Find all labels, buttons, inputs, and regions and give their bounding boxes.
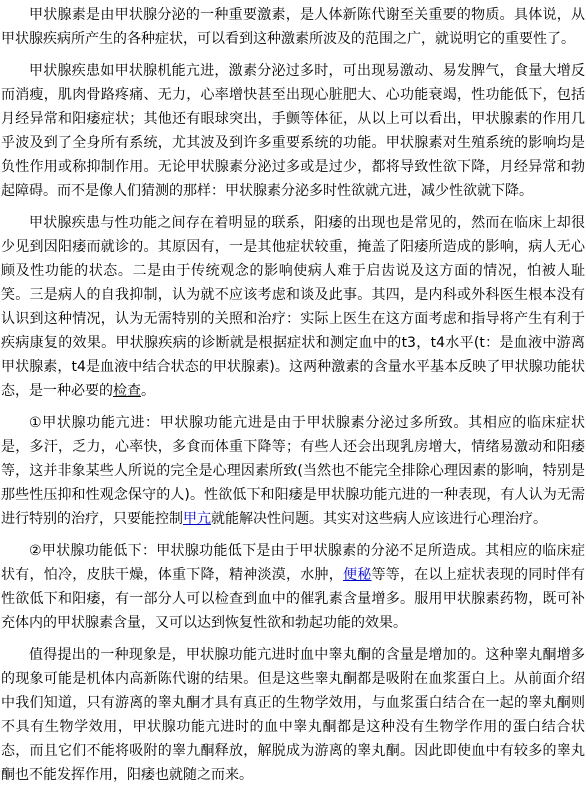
paragraph-text: 甲状腺疾患如甲状腺机能亢进，激素分泌过多时，可出现易激动、易发脾气，食量大增反而… <box>1 63 585 199</box>
checkup-link[interactable]: 检查 <box>113 383 141 399</box>
paragraph: 值得提出的一种现象是，甲状腺功能亢进时血中睾丸酮的含量是增加的。这种睾丸酮增多的… <box>1 643 585 787</box>
paragraph-text: 甲状腺疾患与性功能之间存在着明显的联系，阳痿的出现也是常见的，然而在临床上却很少… <box>1 215 585 399</box>
paragraph: 甲状腺疾患如甲状腺机能亢进，激素分泌过多时，可出现易激动、易发脾气，食量大增反而… <box>1 59 585 203</box>
paragraph-text: 就能解决性问题。其实对这些病人应该进行心理治疗。 <box>211 511 547 527</box>
page: { "page": { "background": "#ffffff", "te… <box>0 0 586 787</box>
paragraph-text: 值得提出的一种现象是，甲状腺功能亢进时血中睾丸酮的含量是增加的。这种睾丸酮增多的… <box>1 647 585 783</box>
paragraph: 甲状腺素是由甲状腺分泌的一种重要激素，是人体新陈代谢至关重要的物质。具体说，从甲… <box>1 3 585 51</box>
paragraph: ②甲状腺功能低下：甲状腺功能低下是由于甲状腺素的分泌不足所造成。其相应的临床症状… <box>1 539 585 635</box>
article-body: 甲状腺素是由甲状腺分泌的一种重要激素，是人体新陈代谢至关重要的物质。具体说，从甲… <box>0 0 586 787</box>
hyperthyroidism-link[interactable]: 甲亢 <box>183 511 211 527</box>
paragraph: ①甲状腺功能亢进：甲状腺功能亢进是由于甲状腺素分泌过多所致。其相应的临床症状是，… <box>1 411 585 531</box>
constipation-link[interactable]: 便秘 <box>343 567 372 583</box>
paragraph-text: 。 <box>141 383 155 399</box>
paragraph: 甲状腺疾患与性功能之间存在着明显的联系，阳痿的出现也是常见的，然而在临床上却很少… <box>1 211 585 403</box>
paragraph-text: 甲状腺素是由甲状腺分泌的一种重要激素，是人体新陈代谢至关重要的物质。具体说，从甲… <box>1 7 585 47</box>
